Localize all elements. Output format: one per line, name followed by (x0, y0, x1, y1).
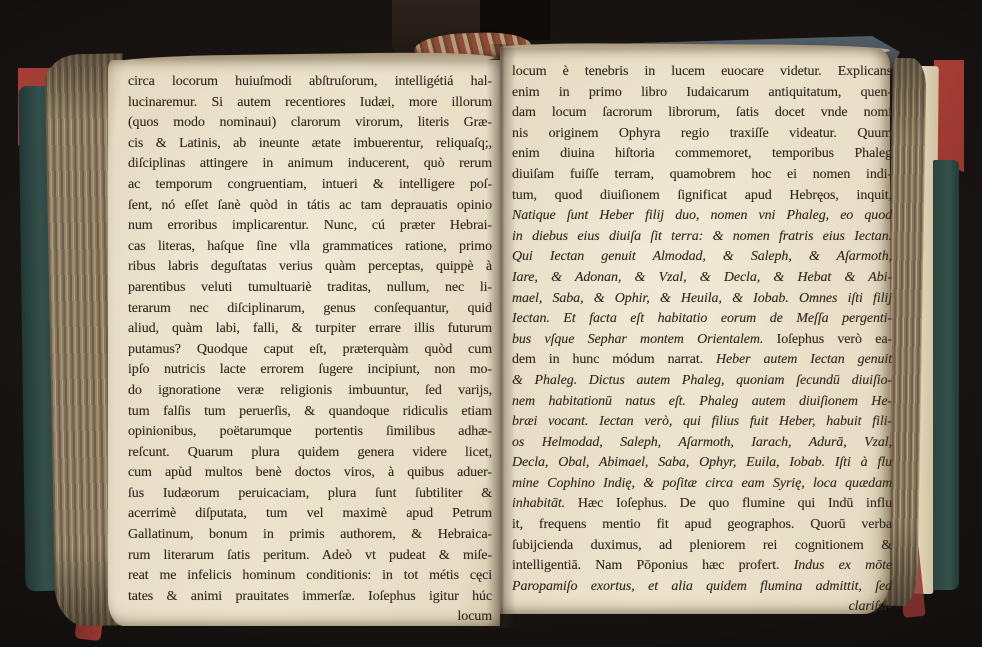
text-line: locum è tenebris in lucem euocare videtu… (512, 62, 892, 83)
text-line: diuiſam fuiſſe terram, quamobrem hoc ei … (512, 165, 892, 186)
text-line: cis & Latinis, ab ineunte ætate imbueren… (128, 134, 492, 155)
catchword: locum (128, 607, 492, 628)
text-line: reſcunt. Quarum plura quidem genera vide… (128, 443, 492, 464)
text-line: tum, quod diuiſionem ſignificat apud Heb… (512, 186, 892, 207)
text-line: nem habitationū natus eſt. Phaleg autem … (512, 392, 892, 413)
text-line: mine Cophino Indię, & poſitæ circa eam S… (512, 474, 892, 495)
photo-background: circa locorum huiuſmodi abſtruſorum, int… (0, 0, 982, 647)
text-line: inhabitāt. Hæc Ioſephus. De quo flumine … (512, 494, 892, 515)
text-line: ribus labris deguſtatas verius quàm perc… (128, 257, 492, 278)
text-line: diſciplinas attingere in animum inducere… (128, 154, 492, 175)
text-line: Natique ſunt Heber filij duo, nomen vni … (512, 206, 892, 227)
text-line: cas literas, haſque ſine vlla grammatice… (128, 237, 492, 258)
text-line: rum literarum ſatis peritum. Adeò vt pud… (128, 546, 492, 567)
text-line: Gallatinum, bonum in primis authorem, & … (128, 525, 492, 546)
text-line: Iectan. Et facta eſt habitatio eorum de … (512, 309, 892, 330)
left-page-lines: circa locorum huiuſmodi abſtruſorum, int… (128, 72, 492, 607)
text-line: tum falſis tum peruerſis, & quandoque ri… (128, 402, 492, 423)
text-line: num erroribus implicarentur. Nunc, cú pr… (128, 216, 492, 237)
text-line: do ignoratione veræ religionis imbuuntur… (128, 381, 492, 402)
text-line: ipſo nutricis lacte errorem ſugere incip… (128, 360, 492, 381)
text-line: intelligentiā. Nam Pōponius hæc profert.… (512, 556, 892, 577)
text-line: parentibus veluti tumultuariè traditas, … (128, 278, 492, 299)
text-line: ſent, nó eſſet ſanè quòd in tátis ac tam… (128, 196, 492, 217)
text-line: bræi vocant. Iectan verò, qui filius fui… (512, 412, 892, 433)
catchword: clariſsi- (512, 597, 892, 618)
text-line: reat me infelicis hominum conditionis: i… (128, 566, 492, 587)
text-line: dam locum ſacrorum librorum, ſatis docet… (512, 103, 892, 124)
text-line: dem in hunc módum narrat. Heber autem Ie… (512, 350, 892, 371)
text-line: ſubijcienda duximus, ad pleniorem rei co… (512, 536, 892, 557)
text-line: tates & animi prauitates immerſæ. Ioſeph… (128, 587, 492, 608)
text-line: circa locorum huiuſmodi abſtruſorum, int… (128, 72, 492, 93)
text-line: Decla, Obal, Abimael, Saba, Ophyr, Euila… (512, 453, 892, 474)
text-line: Paropamiſo exortus, et alia quidem flumi… (512, 577, 892, 598)
text-line: terarum nec diſciplinarum, genus conſequ… (128, 299, 492, 320)
text-line: Iare, & Adonan, & Vzal, & Decla, & Hebat… (512, 268, 892, 289)
text-line: & Phaleg. Dictus autem Phaleg, quoniam ſ… (512, 371, 892, 392)
text-line: cum apùd multos benè doctos viros, à qui… (128, 463, 492, 484)
text-line: lucinaremur. Si autem recentiores Iudæi,… (128, 93, 492, 114)
text-line: enim in primo libro Iudaicarum antiquita… (512, 83, 892, 104)
text-line: enim diuina hiſtoria commemoret, tempori… (512, 144, 892, 165)
text-line: acerrimè diſputata, tum vel maximè apud … (128, 504, 492, 525)
cover-edge-right (933, 160, 959, 590)
text-line: os Helmodad, Saleph, Aſarmoth, Iarach, A… (512, 433, 892, 454)
text-line: ac temporum congruentiam, intueri & inte… (128, 175, 492, 196)
left-page-text: circa locorum huiuſmodi abſtruſorum, int… (128, 72, 492, 628)
text-line: it, frequens mentio fit apud geographos.… (512, 515, 892, 536)
right-page-text: locum è tenebris in lucem euocare videtu… (512, 62, 892, 618)
text-line: putamus? Quodque caput eſt, præterquàm q… (128, 340, 492, 361)
right-page-lines: locum è tenebris in lucem euocare videtu… (512, 62, 892, 597)
text-line: aliud, quàm labi, falli, & turpiter erra… (128, 319, 492, 340)
text-line: ſus Iudæorum peruicaciam, plura ſunt ſub… (128, 484, 492, 505)
text-line: bus vſque Sephar montem Orientalem. Ioſe… (512, 330, 892, 351)
text-line: nis originem Ophyra regio traxiſſe videa… (512, 124, 892, 145)
text-line: mael, Saba, & Ophir, & Heuila, & Iobab. … (512, 289, 892, 310)
text-line: Qui Iectan genuit Almodad, & Saleph, & A… (512, 247, 892, 268)
text-line: in diebus eius diuiſa ſit terra: & nomen… (512, 227, 892, 248)
text-line: opinionibus, poëtarumque portentis ſimil… (128, 422, 492, 443)
text-line: (quos modo nominaui) clarorum virorum, l… (128, 113, 492, 134)
